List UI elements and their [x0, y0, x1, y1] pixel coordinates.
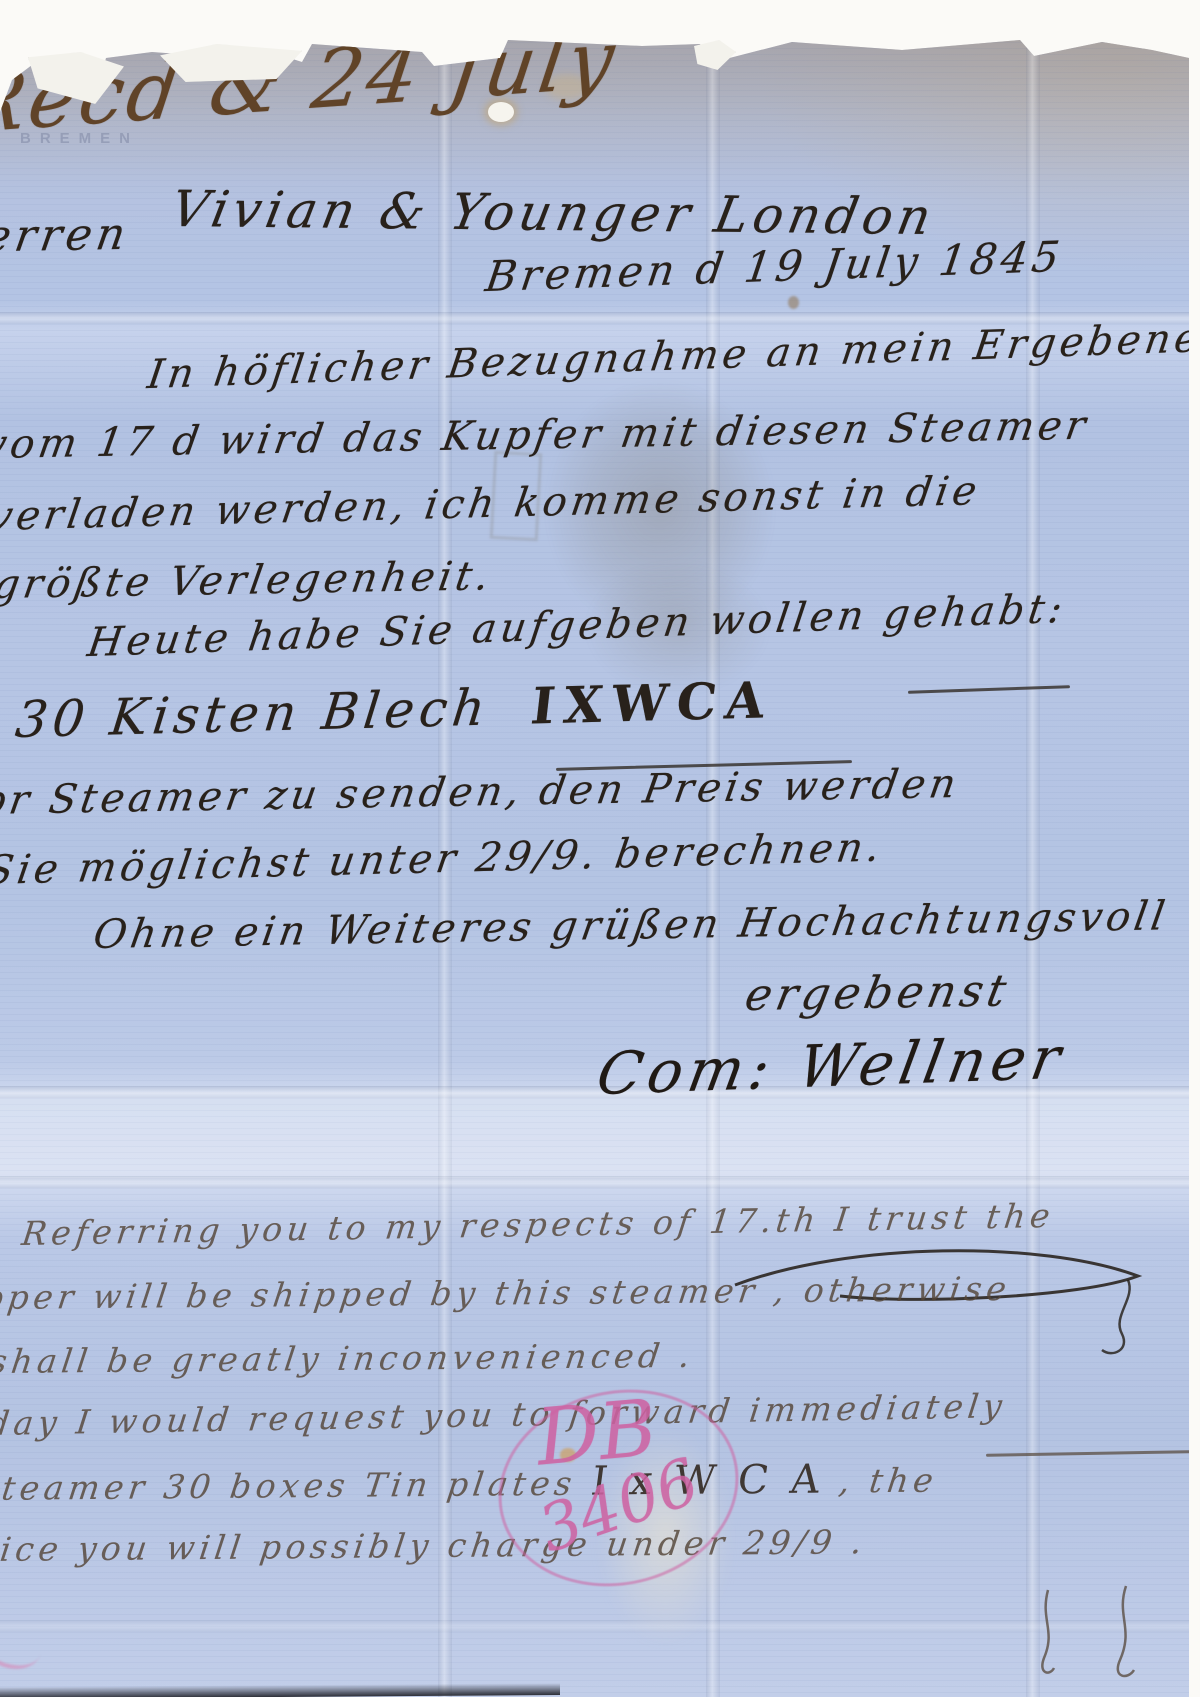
postscript-line: Steamer 30 boxes Tin plates I x W C A , … [0, 1456, 941, 1510]
postscript-line: shall be greatly inconvenienced . [0, 1336, 697, 1381]
goods-description: Kisten Blech [107, 679, 493, 747]
goods-shipping-mark: IXWCA [528, 670, 777, 736]
stain-spot [788, 296, 799, 309]
letter-paper-sheet: BREMEN Recd & 24 July Herren Vivian & Yo… [0, 0, 1189, 1697]
horizontal-fold-crease [0, 1620, 1189, 1632]
closing-word: ergebenst [741, 965, 1015, 1021]
letter-scan: BREMEN Recd & 24 July Herren Vivian & Yo… [0, 0, 1200, 1697]
german-body-line: größte Verlegenheit. [0, 553, 496, 608]
address-line: Vivian & Younger London [167, 180, 941, 246]
postscript-line5-tail: , the [837, 1461, 940, 1501]
address-prefix: Herren [0, 209, 133, 263]
postscript-squiggles [1030, 1580, 1170, 1690]
goods-quantity: 30 [13, 689, 93, 749]
